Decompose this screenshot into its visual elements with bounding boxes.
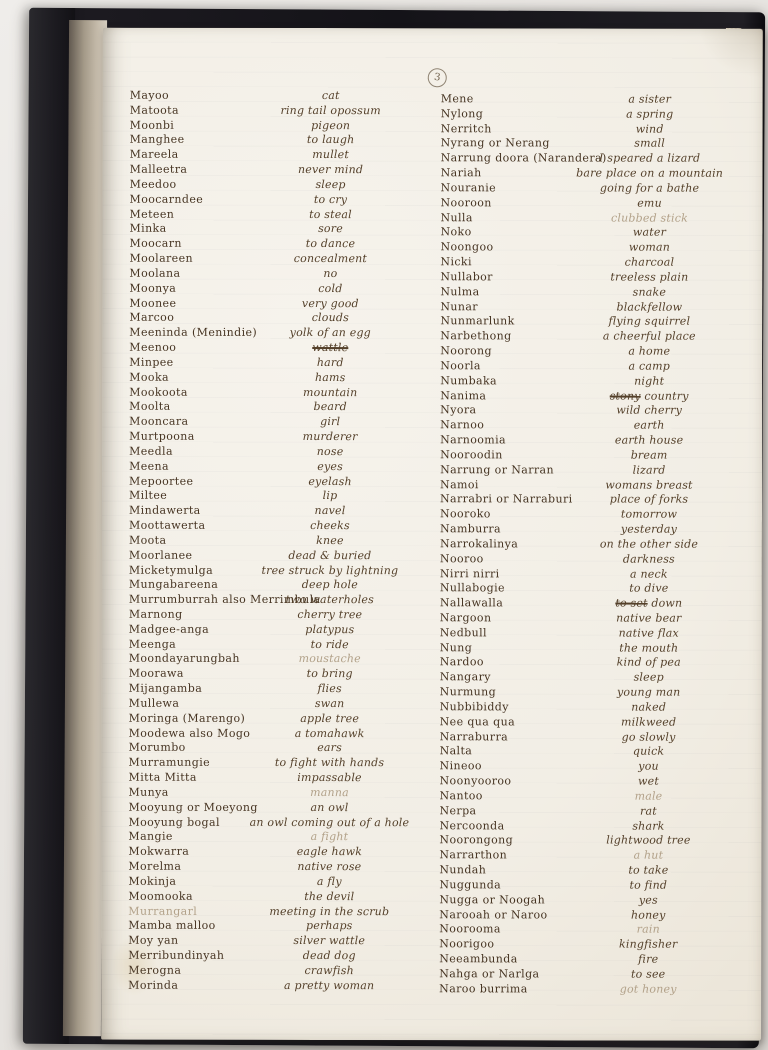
entry-word: Moolta [129, 400, 170, 413]
entry-word: Nerritch [441, 122, 492, 135]
book-cover: 3 MayoocatMatootaring tail opossumMoonbi… [23, 8, 765, 1048]
entry-row: Milteelip [102, 489, 436, 504]
entry-definition: flies [230, 682, 430, 695]
entry-definition: an owl coming out of a hole [229, 815, 429, 828]
entry-definition: rain [553, 923, 743, 936]
entry-definition: go slowly [554, 730, 744, 743]
entry-word: Narrabri or Narraburi [440, 493, 573, 506]
entry-word: Nunar [440, 300, 478, 313]
entry-definition: native flax [554, 626, 744, 639]
entry-definition: swan [230, 697, 430, 710]
entry-definition: place of forks [554, 493, 744, 506]
entry-row: Mooncaragirl [102, 415, 436, 430]
entry-definition: the mouth [554, 641, 744, 654]
entry-word: Nullabor [440, 270, 492, 283]
entry-row: Madgee-angaplatypus [102, 622, 436, 637]
entry-definition: womans breast [554, 478, 744, 491]
entry-definition: fire [553, 952, 743, 965]
entry-word: Nouranie [441, 181, 496, 194]
entry-row: Nullaclubbed stick [433, 211, 763, 226]
entry-definition: yolk of an egg [230, 326, 430, 339]
entry-row: Nallawallato set down [432, 596, 762, 611]
entry-word: Mullewa [129, 697, 180, 710]
entry-row: Mooyung bogalan owl coming out of a hole [101, 815, 435, 830]
entry-row: Nercoondashark [431, 819, 761, 834]
entry-definition: nose [230, 445, 430, 458]
entry-definition: mountain [230, 385, 430, 398]
entry-definition: crawfish [229, 964, 429, 977]
entry-row: Micketymulgatree struck by lightning [102, 563, 436, 578]
entry-definition: hams [230, 371, 430, 384]
entry-row: Mookootamountain [102, 385, 436, 400]
notebook-page: 3 MayoocatMatootaring tail opossumMoonbi… [101, 28, 763, 1041]
entry-row: Nullabogieto dive [432, 582, 762, 597]
entry-row: Mamba mallooperhaps [101, 919, 435, 934]
entry-word: Matoota [130, 104, 179, 117]
entry-row: Morelmanative rose [101, 860, 435, 875]
entry-row: Minpeehard [102, 356, 436, 371]
entry-definition: concealment [230, 252, 430, 265]
entry-row: Naltaquick [432, 745, 762, 760]
entry-row: Moodewa also Mogoa tomahawk [102, 726, 436, 741]
entry-definition: to cry [231, 193, 431, 206]
entry-definition: to dance [230, 237, 430, 250]
entry-word: Mangie [128, 830, 172, 843]
entry-row: Namoiwomans breast [432, 478, 762, 493]
entry-word: Noorigoo [439, 937, 494, 950]
entry-definition: native bear [554, 611, 744, 624]
entry-definition: I speared a lizard [555, 152, 745, 165]
entry-definition: night [554, 374, 744, 387]
entry-definition: mullet [231, 148, 431, 161]
entry-row: Nirri nirria neck [432, 567, 762, 582]
entry-row: Narraburrago slowly [432, 730, 762, 745]
entry-definition: wet [554, 775, 744, 788]
entry-word: Morumbo [129, 741, 186, 754]
entry-word: Moorawa [129, 667, 184, 680]
entry-word: Nerpa [439, 804, 476, 817]
entry-word: Nariah [441, 166, 482, 179]
entry-definition: to find [553, 878, 743, 891]
entry-word: Nooroo [440, 552, 484, 565]
entry-definition: you [554, 760, 744, 773]
entry-word: Nercoonda [439, 819, 504, 832]
entry-word: Mooyung bogal [128, 815, 219, 828]
entry-row: Nargoonnative bear [432, 611, 762, 626]
entry-word: Micketymulga [129, 563, 213, 576]
entry-word: Nalta [440, 745, 473, 758]
entry-row: Nubbibiddynaked [432, 700, 762, 715]
entry-row: Mareelamullet [103, 148, 437, 163]
entry-row: Nerritchwind [433, 122, 763, 137]
entry-word: Nulma [440, 285, 479, 298]
entry-definition: eyelash [230, 474, 430, 487]
entry-word: Murrangarl [128, 904, 197, 917]
entry-definition: impassable [230, 771, 430, 784]
entry-row: Namburrayesterday [432, 522, 762, 537]
entry-definition: a pretty woman [229, 979, 429, 992]
entry-word: Noko [440, 226, 471, 239]
entry-row: Noorongonglightwood tree [431, 834, 761, 849]
entry-row: Nyorawild cherry [432, 404, 762, 419]
entry-row: Moomookathe devil [101, 889, 435, 904]
entry-word: Moonya [129, 281, 176, 294]
entry-definition: manna [230, 786, 430, 799]
entry-row: Meteento steal [103, 207, 437, 222]
entry-word: Mayoo [130, 89, 169, 102]
entry-row: Moringa (Marengo)apple tree [102, 711, 436, 726]
entry-definition: perhaps [229, 919, 429, 932]
entry-definition: yes [553, 893, 743, 906]
entry-definition: eyes [230, 460, 430, 473]
entry-word: Moondayarungbah [129, 652, 240, 665]
entry-definition: dead dog [229, 949, 429, 962]
entry-word: Nyora [440, 404, 476, 417]
entry-word: Noorong [440, 344, 492, 357]
entry-word: Moonbi [130, 118, 175, 131]
entry-word: Nooroko [440, 507, 491, 520]
entry-row: Narnoomiaearth house [432, 433, 762, 448]
entry-definition: milkweed [554, 715, 744, 728]
entry-word: Miltee [129, 489, 167, 502]
entry-word: Moottawerta [129, 519, 206, 532]
entry-definition: never mind [231, 163, 431, 176]
entry-word: Moocarn [129, 237, 181, 250]
entry-definition: sore [230, 222, 430, 235]
entry-row: Marcooclouds [102, 311, 436, 326]
entry-word: Narrung or Narran [440, 463, 554, 476]
entry-row: Nangarysleep [432, 671, 762, 686]
entry-definition: the devil [229, 890, 429, 903]
entry-definition: kind of pea [554, 656, 744, 669]
entry-definition: a cheerful place [554, 330, 744, 343]
entry-row: Nulmasnake [432, 285, 762, 300]
entry-row: Narrabri or Narraburiplace of forks [432, 493, 762, 508]
entry-word: Meedoo [130, 178, 177, 191]
entry-word: Nargoon [440, 611, 492, 624]
entry-definition: to dive [554, 582, 744, 595]
entry-word: Noonyooroo [440, 774, 512, 787]
entry-definition: clouds [230, 311, 430, 324]
entry-word: Nullabogie [440, 582, 505, 595]
entry-word: Moy yan [128, 934, 178, 947]
entry-word: Nangary [440, 671, 491, 684]
entry-word: Mooncara [129, 415, 188, 428]
entry-word: Mitta Mitta [129, 771, 197, 784]
entry-word: Minpee [129, 356, 173, 369]
entry-definition: cat [231, 89, 431, 102]
entry-word: Numbaka [440, 374, 497, 387]
entry-word: Mijangamba [129, 682, 202, 695]
entry-definition: a spring [555, 107, 745, 120]
entry-word: Mokwarra [128, 845, 189, 858]
entry-row: Nugga or Noogahyes [431, 893, 761, 908]
entry-word: Meena [129, 459, 169, 472]
page-number-badge: 3 [427, 67, 448, 88]
entry-row: Mitta Mittaimpassable [102, 771, 436, 786]
entry-row: Moolareenconcealment [102, 252, 436, 267]
entry-word: Mokinja [128, 875, 176, 888]
entry-word: Meenga [129, 637, 176, 650]
entry-word: Noorla [440, 359, 481, 372]
entry-word: Moringa (Marengo) [129, 711, 246, 724]
entry-definition: small [555, 137, 745, 150]
entry-definition: ears [230, 741, 430, 754]
entry-word: Munya [129, 786, 169, 799]
entry-row: Mepoorteeeyelash [102, 474, 436, 489]
entry-word: Nallawalla [440, 596, 503, 609]
entry-word: Namoi [440, 478, 479, 491]
entry-row: Murramungieto fight with hands [102, 756, 436, 771]
entry-definition: water [554, 226, 744, 239]
entry-word: Meedla [129, 445, 173, 458]
entry-row: Morindaa pretty woman [101, 978, 435, 993]
entry-definition: apple tree [230, 712, 430, 725]
entry-row: Nerparat [431, 804, 761, 819]
entry-word: Moorlanee [129, 548, 193, 561]
entry-definition: ring tail opossum [231, 104, 431, 117]
entry-definition: got honey [553, 982, 743, 995]
entry-definition: to laugh [231, 133, 431, 146]
entry-word: Murramungie [129, 756, 211, 769]
entry-definition: a home [554, 345, 744, 358]
entry-row: Nariahbare place on a mountain [433, 166, 763, 181]
entry-definition: meeting in the scrub [229, 904, 429, 917]
entry-word: Moocarndee [130, 193, 204, 206]
entry-row: Moorawato bring [102, 667, 436, 682]
entry-definition: native rose [229, 860, 429, 873]
entry-word: Nardoo [440, 656, 484, 669]
entry-row: Mijangambaflies [102, 682, 436, 697]
entry-definition: tree struck by lightning [230, 563, 430, 576]
entry-definition: to see [553, 967, 743, 980]
entry-word: Neeambunda [439, 952, 517, 965]
entry-row: Moorlaneedead & buried [102, 548, 436, 563]
entry-row: Narrarthona hut [431, 848, 761, 863]
entry-row: Mokinjaa fly [101, 875, 435, 890]
entry-word: Meteen [130, 207, 175, 220]
entry-row: Moottawertacheeks [102, 519, 436, 534]
entry-definition: hard [230, 356, 430, 369]
entry-word: Madgee-anga [129, 623, 209, 636]
entry-definition: male [553, 789, 743, 802]
entry-row: Mootaknee [102, 533, 436, 548]
entry-word: Mamba malloo [128, 919, 215, 932]
entry-definition: to fight with hands [230, 756, 430, 769]
entry-word: Mookoota [129, 385, 188, 398]
entry-row: Nundahto take [431, 863, 761, 878]
entry-row: Mullewaswan [102, 697, 436, 712]
entry-word: Moolareen [129, 252, 193, 265]
entry-row: Narbethonga cheerful place [432, 329, 762, 344]
entry-row: Merognacrawfish [101, 964, 435, 979]
entry-row: Noorokotomorrow [432, 507, 762, 522]
entry-word: Narrarthon [439, 848, 507, 861]
entry-definition: a hut [553, 849, 743, 862]
entry-definition: young man [554, 686, 744, 699]
entry-word: Nantoo [439, 789, 482, 802]
entry-word: Nung [440, 641, 472, 654]
entry-row: Nooroonemu [433, 196, 763, 211]
entry-row: Mooyung or Moeyongan owl [101, 800, 435, 815]
entry-row: Moonbipigeon [103, 118, 437, 133]
entry-word: Mungabareena [129, 578, 218, 591]
entry-definition: lip [230, 489, 430, 502]
entry-row: Marnongcherry tree [102, 608, 436, 623]
entry-row: Nardookind of pea [432, 656, 762, 671]
entry-word: Narnoo [440, 418, 484, 431]
entry-word: Nanima [440, 389, 486, 402]
entry-definition: dead & buried [230, 549, 430, 562]
entry-row: Malleetranever mind [103, 163, 437, 178]
entry-row: Moondayarungbahmoustache [102, 652, 436, 667]
entry-word: Nee qua qua [440, 715, 515, 728]
entry-row: Nantoomale [431, 789, 761, 804]
entry-definition: stony country [554, 389, 744, 402]
entry-definition: earth [554, 419, 744, 432]
entry-definition: kingfisher [553, 938, 743, 951]
entry-definition: navel [230, 504, 430, 517]
entry-definition: treeless plain [554, 270, 744, 283]
entry-row: Naroo burrimagot honey [431, 982, 761, 997]
entry-row: Nokowater [432, 226, 762, 241]
entry-word: Nineoo [440, 760, 482, 773]
entry-definition: knee [230, 534, 430, 547]
entry-definition: charcoal [554, 256, 744, 269]
entry-word: Marcoo [129, 311, 174, 324]
entry-row: Nullabortreeless plain [432, 270, 762, 285]
entry-definition: cold [230, 282, 430, 295]
entry-definition: darkness [554, 552, 744, 565]
entry-word: Nuggunda [439, 878, 501, 891]
entry-definition: a sister [555, 92, 745, 105]
entry-definition: platypus [230, 623, 430, 636]
entry-definition: moustache [230, 652, 430, 665]
entry-word: Nylong [441, 107, 484, 120]
entry-row: Neeambundafire [431, 952, 761, 967]
entry-definition: naked [554, 700, 744, 713]
entry-word: Moomooka [128, 889, 193, 902]
entry-definition: clubbed stick [555, 211, 745, 224]
entry-row: Mindawertanavel [102, 504, 436, 519]
entry-word: Nubbibiddy [440, 700, 509, 713]
entry-row: Moolanano [102, 267, 436, 282]
entry-word: Naroo burrima [439, 982, 528, 995]
entry-word: Meenoo [129, 341, 176, 354]
entry-word: Nedbull [440, 626, 487, 639]
entry-row: Mokwarraeagle hawk [101, 845, 435, 860]
entry-word: Nicki [440, 255, 472, 268]
entry-row: Mookahams [102, 370, 436, 385]
page-corner-shade [673, 29, 763, 99]
entry-row: Nee qua quamilkweed [432, 715, 762, 730]
entry-row: Noorigookingfisher [431, 937, 761, 952]
entry-word: Narraburra [440, 730, 508, 743]
entry-row: Nylonga spring [433, 107, 763, 122]
entry-row: Minkasore [102, 222, 436, 237]
entry-word: Morelma [128, 860, 181, 873]
entry-definition: no [230, 267, 430, 280]
entry-row: Nickicharcoal [432, 255, 762, 270]
entry-definition: a tomahawk [230, 726, 430, 739]
entry-definition: an owl [229, 801, 429, 814]
entry-row: Menea sister [433, 92, 763, 107]
entry-row: Nunmarlunkflying squirrel [432, 315, 762, 330]
entry-word: Murtpoona [129, 430, 195, 443]
entry-row: Nahga or Narlgato see [431, 967, 761, 982]
entry-definition: beard [230, 400, 430, 413]
entry-word: Narooah or Naroo [439, 908, 547, 921]
entry-definition: yesterday [554, 522, 744, 535]
entry-row: Mangheeto laugh [103, 133, 437, 148]
entry-row: Moocarnto dance [102, 237, 436, 252]
entry-definition: a camp [554, 359, 744, 372]
entry-definition: silver wattle [229, 934, 429, 947]
entry-row: Meedoosleep [103, 178, 437, 193]
entry-row: Nooroodinbream [432, 448, 762, 463]
entry-definition: very good [230, 296, 430, 309]
entry-word: Marnong [129, 608, 183, 621]
entry-definition: deep hole [230, 578, 430, 591]
entry-row: Meenaeyes [102, 459, 436, 474]
entry-word: Mareela [130, 148, 179, 161]
entry-word: Narrokalinya [440, 537, 518, 550]
entry-word: Morinda [128, 978, 178, 991]
entry-word: Nunmarlunk [440, 315, 514, 328]
entry-word: Moonee [129, 296, 176, 309]
entry-row: Moy yansilver wattle [101, 934, 435, 949]
entry-definition: to take [553, 864, 743, 877]
entry-definition: lizard [554, 463, 744, 476]
entry-word: Merogna [128, 964, 181, 977]
entry-definition: sleep [554, 671, 744, 684]
entry-row: Narooah or Naroohoney [431, 908, 761, 923]
entry-row: Narnooearth [432, 418, 762, 433]
entry-row: Meengato ride [102, 637, 436, 652]
entry-row: Nineooyou [432, 759, 762, 774]
entry-definition: murderer [230, 430, 430, 443]
entry-definition: honey [553, 908, 743, 921]
entry-row: Narrung doora (Narandera)I speared a liz… [433, 152, 763, 167]
entry-row: Nyrang or Nerangsmall [433, 137, 763, 152]
entry-row: Noongoowoman [432, 241, 762, 256]
entry-definition: pigeon [231, 119, 431, 132]
entry-row: Meeninda (Menindie)yolk of an egg [102, 326, 436, 341]
entry-definition: to steal [231, 208, 431, 221]
vocabulary-column-left: MayoocatMatootaring tail opossumMoonbipi… [101, 89, 437, 994]
entry-row: Murrumburrah also Merrimbulatwo waterhol… [102, 593, 436, 608]
entry-word: Moota [129, 534, 167, 547]
entry-definition: wild cherry [554, 404, 744, 417]
entry-word: Nugga or Noogah [439, 893, 545, 906]
entry-definition: lightwood tree [553, 834, 743, 847]
entry-row: Munyamanna [101, 786, 435, 801]
entry-definition: bare place on a mountain [555, 167, 745, 180]
entry-word: Merribundinyah [128, 949, 224, 962]
entry-definition: a fight [229, 830, 429, 843]
entry-row: Nooroodarkness [432, 552, 762, 567]
entry-definition: blackfellow [554, 300, 744, 313]
entry-word: Nyrang or Nerang [441, 137, 550, 150]
entry-row: Narrung or Narranlizard [432, 463, 762, 478]
entry-row: Noonyooroowet [432, 774, 762, 789]
entry-row: Nungthe mouth [432, 641, 762, 656]
entry-word: Mooka [129, 370, 169, 383]
entry-word: Moolana [129, 267, 180, 280]
entry-definition: to bring [230, 667, 430, 680]
entry-word: Namburra [440, 522, 501, 535]
entry-row: Meenoowattle [102, 341, 436, 356]
